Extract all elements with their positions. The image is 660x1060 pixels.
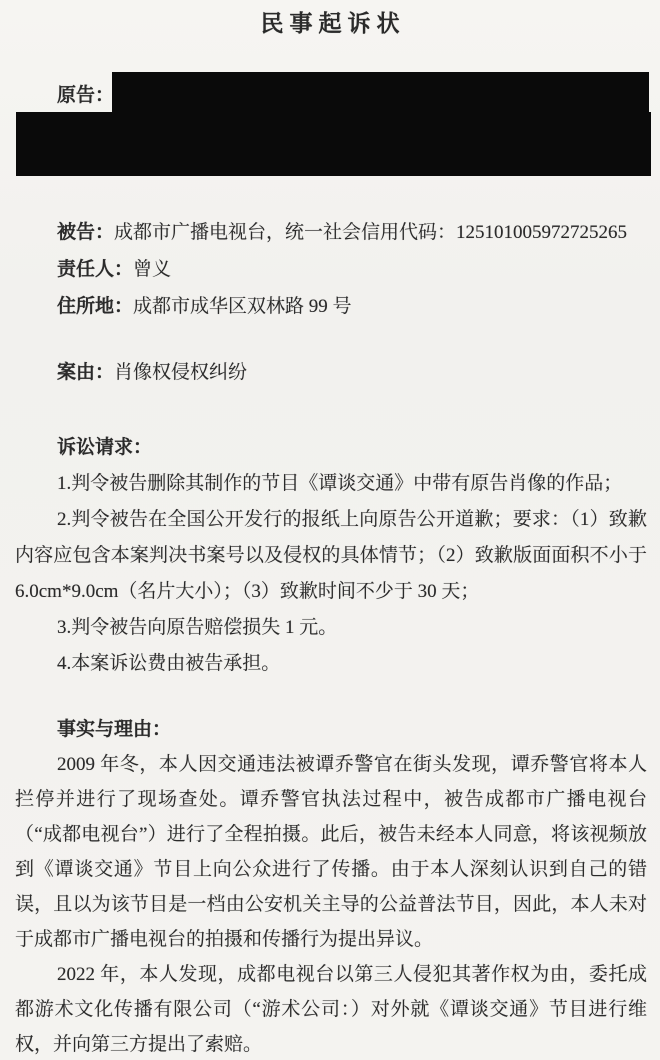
claim-item-1: 1.判令被告删除其制作的节目《谭谈交通》中带有原告肖像的作品； [15, 466, 647, 502]
facts-paragraph-2: 2022 年，本人发现，成都电视台以第三人侵犯其著作权为由，委托成都游术文化传播… [15, 957, 647, 1060]
facts-paragraph-1: 2009 年冬，本人因交通违法被谭乔警官在街头发现，谭乔警官将本人拦停并进行了现… [15, 747, 647, 957]
principal-label: 责任人： [57, 259, 133, 280]
plaintiff-label: 原告： [57, 84, 114, 108]
cause-label: 案由： [57, 362, 114, 383]
cause-section: 案由：肖像权侵权纠纷 [57, 355, 648, 390]
claim-item-2: 2.判令被告在全国公开发行的报纸上向原告公开道歉；要求：（1）致歉内容应包含本案… [15, 502, 647, 610]
claims-section: 诉讼请求： 1.判令被告删除其制作的节目《谭谈交通》中带有原告肖像的作品； 2.… [15, 430, 647, 682]
defendant-label: 被告： [57, 222, 114, 243]
claim-item-4: 4.本案诉讼费由被告承担。 [15, 646, 647, 682]
document-title: 民事起诉状 [0, 6, 660, 42]
facts-heading: 事实与理由： [15, 712, 647, 747]
defendant-value: 成都市广播电视台，统一社会信用代码：125101005972725265 [114, 222, 627, 243]
principal-value: 曾义 [133, 259, 171, 280]
cause-value: 肖像权侵权纠纷 [114, 362, 247, 383]
redaction-block-top [112, 72, 649, 113]
address-label: 住所地： [57, 296, 133, 317]
cause-line: 案由：肖像权侵权纠纷 [57, 355, 648, 390]
redaction-block-bottom [16, 112, 651, 176]
address-value: 成都市成华区双林路 99 号 [133, 296, 352, 317]
claim-item-3: 3.判令被告向原告赔偿损失 1 元。 [15, 610, 647, 646]
principal-line: 责任人：曾义 [57, 251, 648, 288]
defendant-line: 被告：成都市广播电视台，统一社会信用代码：125101005972725265 [57, 214, 648, 251]
scanned-complaint-page: 民事起诉状 原告： 被告：成都市广播电视台，统一社会信用代码：125101005… [0, 0, 660, 1060]
claims-heading: 诉讼请求： [15, 430, 647, 466]
defendant-section: 被告：成都市广播电视台，统一社会信用代码：125101005972725265 … [57, 214, 648, 325]
address-line: 住所地：成都市成华区双林路 99 号 [57, 288, 648, 325]
facts-section: 事实与理由： 2009 年冬，本人因交通违法被谭乔警官在街头发现，谭乔警官将本人… [15, 712, 647, 1060]
